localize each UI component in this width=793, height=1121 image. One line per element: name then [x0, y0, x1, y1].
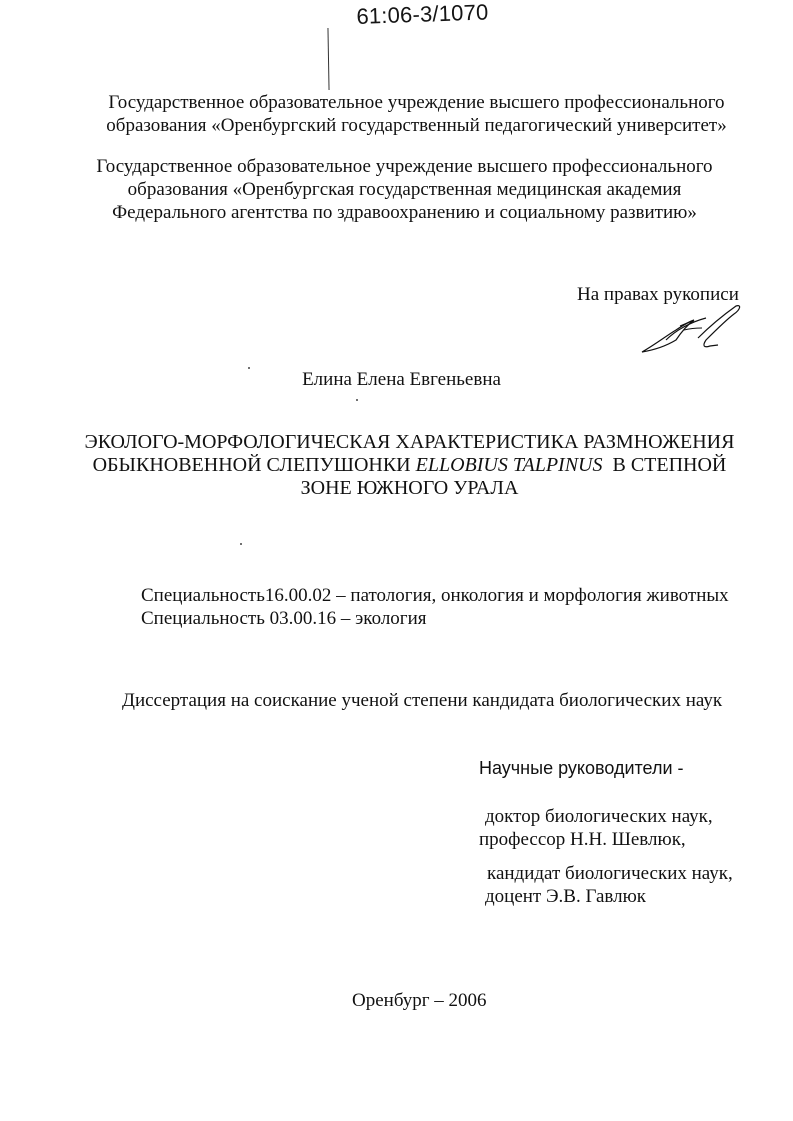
title-line-2-prefix: ОБЫКНОВЕННОЙ СЛЕПУШОНКИ [93, 454, 416, 476]
supervisor-first: доктор биологических наук, профессор Н.Н… [485, 805, 713, 851]
dissertation-title: ЭКОЛОГО-МОРФОЛОГИЧЕСКАЯ ХАРАКТЕРИСТИКА Р… [0, 431, 793, 500]
title-line-1: ЭКОЛОГО-МОРФОЛОГИЧЕСКАЯ ХАРАКТЕРИСТИКА Р… [26, 431, 793, 454]
supervisor-first-degree: доктор биологических наук, [485, 805, 713, 828]
supervisor-second-name: доцент Э.В. Гавлюк [485, 885, 733, 908]
specialty-2: Специальность 03.00.16 – экология [141, 607, 729, 630]
institution-first-line-1: Государственное образовательное учрежден… [20, 91, 793, 114]
city-year: Оренбург – 2006 [352, 990, 487, 1012]
scan-speck [356, 399, 358, 401]
signature-icon [636, 300, 746, 360]
supervisor-first-name: профессор Н.Н. Шевлюк, [479, 828, 713, 851]
archive-stamp-code: 61:06-3/1070 [356, 0, 489, 30]
dissertation-degree: Диссертация на соискание ученой степени … [122, 690, 722, 712]
institution-second-line-1: Государственное образовательное учрежден… [8, 155, 793, 178]
supervisors-heading: Научные руководители - [479, 758, 684, 779]
specialties: Специальность16.00.02 – патология, онкол… [141, 584, 729, 630]
institution-second-line-3: Федерального агентства по здравоохранени… [8, 201, 793, 224]
institution-first: Государственное образовательное учрежден… [20, 91, 793, 137]
specialty-1: Специальность16.00.02 – патология, онкол… [141, 584, 729, 607]
supervisor-second-degree: кандидат биологических наук, [487, 862, 733, 885]
title-line-2: ОБЫКНОВЕННОЙ СЛЕПУШОНКИ ELLOBIUS TALPINU… [26, 454, 793, 477]
institution-second: Государственное образовательное учрежден… [8, 155, 793, 224]
institution-first-line-2: образования «Оренбургский государственны… [20, 114, 793, 137]
author-name: Елина Елена Евгеньевна [0, 369, 793, 391]
species-latin-name: ELLOBIUS TALPINUS [416, 454, 603, 476]
supervisor-second: кандидат биологических наук, доцент Э.В.… [487, 862, 733, 908]
margin-line [327, 28, 329, 90]
title-line-2-suffix: В СТЕПНОЙ [602, 454, 726, 476]
scan-speck [240, 543, 242, 545]
institution-second-line-2: образования «Оренбургская государственна… [8, 178, 793, 201]
title-line-3: ЗОНЕ ЮЖНОГО УРАЛА [26, 477, 793, 500]
